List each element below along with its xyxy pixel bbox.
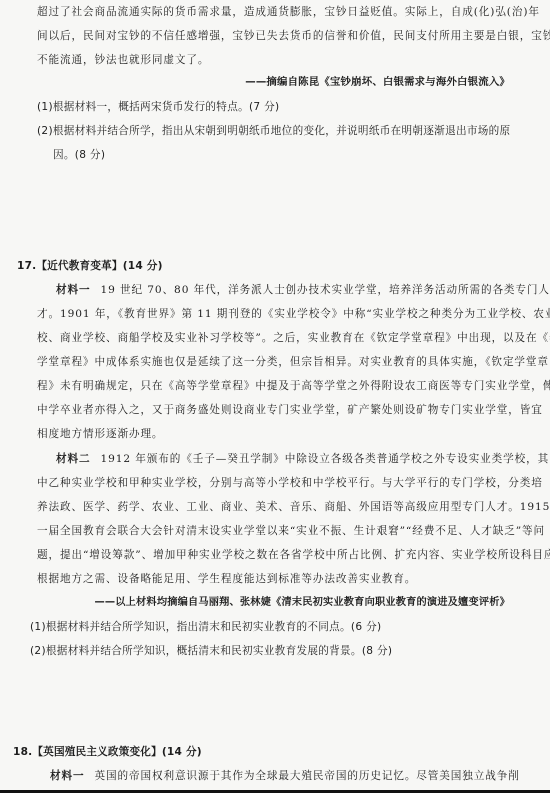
- q17-material1-line-3: 校、商业学校、商船学校及实业补习学校等”。之后，实业教育在《钦定学堂章程》中出现…: [37, 331, 550, 345]
- q17-material2-text: 1912 年颁布的《壬子—癸丑学制》中除设立各级各类普通学校之外专设实业类学校，…: [100, 453, 549, 465]
- q17-material1-text: 19 世纪 70、80 年代，洋务派人士创办技术实业学堂，培养洋务活动所需的各类…: [100, 284, 549, 296]
- q17-material2-line-3: 养法政、医学、药学、农业、工业、商业、美术、音乐、商船、外国语等高级应用型专门人…: [37, 500, 550, 514]
- q17-material2-label: 材料二: [56, 453, 90, 465]
- q16-text-line-1: 超过了社会商品流通实际的货币需求量，造成通货膨胀，宝钞日益贬值。实际上，自成(化…: [37, 5, 540, 19]
- q18-material1-label: 材料一: [50, 770, 84, 782]
- q17-material1-label: 材料一: [56, 284, 90, 296]
- q16-question-2: (2)根据材料并结合所学，指出从宋朝到明朝纸币地位的变化，并说明纸币在明朝逐渐退…: [37, 124, 510, 138]
- q17-question-2: (2)根据材料并结合所学知识，概括清末和民初实业教育发展的背景。(8 分): [30, 644, 392, 658]
- q18-material1-line-1: 材料一英国的帝国权利意识源于其作为全球最大殖民帝国的历史记忆。尽管美国独立战争削: [50, 769, 520, 783]
- q17-material1-line-5: 程》未有明确规定，只在《高等学堂章程》中提及于高等学堂之外得附设农工商医等专门实…: [37, 379, 550, 393]
- q18-heading: 18.【英国殖民主义政策变化】(14 分): [13, 745, 202, 759]
- q17-question-1: (1)根据材料并结合所学知识，指出清末和民初实业教育的不同点。(6 分): [30, 620, 381, 634]
- q16-question-1: (1)根据材料一，概括两宋货币发行的特点。(7 分): [37, 100, 279, 114]
- q17-material2-line-2: 中乙种实业学校和甲种实业学校，分别与高等小学校和中学校平行。与大学平行的专门学校…: [37, 476, 543, 490]
- q17-material1-line-1: 材料一19 世纪 70、80 年代，洋务派人士创办技术实业学堂，培养洋务活动所需…: [56, 283, 550, 297]
- q17-material2-line-4: 一届全国教育会联合大会针对清末设实业学堂以来“实业不振、生计艰窘”“经费不足、人…: [37, 524, 545, 538]
- q18-material1-text: 英国的帝国权利意识源于其作为全球最大殖民帝国的历史记忆。尽管美国独立战争削: [94, 770, 519, 782]
- q17-material1-line-4: 学堂章程》中成体系实施也仅是延续了这一分类，但宗旨相异。对实业教育的具体实施，《…: [37, 355, 549, 369]
- q17-material2-line-1: 材料二1912 年颁布的《壬子—癸丑学制》中除设立各级各类普通学校之外专设实业类…: [56, 452, 549, 466]
- q17-material1-line-6: 中学卒业者亦得入之，又于商务盛处则设商业专门实业学堂，矿产繁处则设矿物专门实业学…: [37, 403, 543, 417]
- q16-text-line-3: 不能流通，钞法也就形同虚文了。: [37, 53, 209, 67]
- q17-source-citation: ——以上材料均摘编自马丽翔、张林婕《清末民初实业教育向职业教育的演进及嬗变评析》: [95, 596, 511, 610]
- q17-material1-line-7: 相度地方情形逐渐办理。: [37, 427, 163, 441]
- q17-material2-line-6: 根据地方之需、设备略能足用、学生程度能达到标准等办法改善实业教育。: [37, 572, 416, 586]
- q16-question-2-cont: 因。(8 分): [53, 148, 105, 162]
- q16-source-citation: ——摘编自陈昆《宝钞崩坏、白银需求与海外白银流入》: [245, 75, 510, 89]
- q16-text-line-2: 间以后，民间对宝钞的不信任感增强，宝钞已失去货币的信誉和价值，民间支付所用主要是…: [37, 29, 550, 43]
- q17-material2-line-5: 题，提出“增设筹款”、增加甲种实业学校之数在各省学校中所占比例、扩充内容、实业学…: [37, 548, 550, 562]
- q17-heading: 17.【近代教育变革】(14 分): [17, 259, 163, 273]
- q17-material1-line-2: 才。1901 年，《教育世界》第 11 期刊登的《实业学校令》中称“实业学校之种…: [37, 307, 550, 321]
